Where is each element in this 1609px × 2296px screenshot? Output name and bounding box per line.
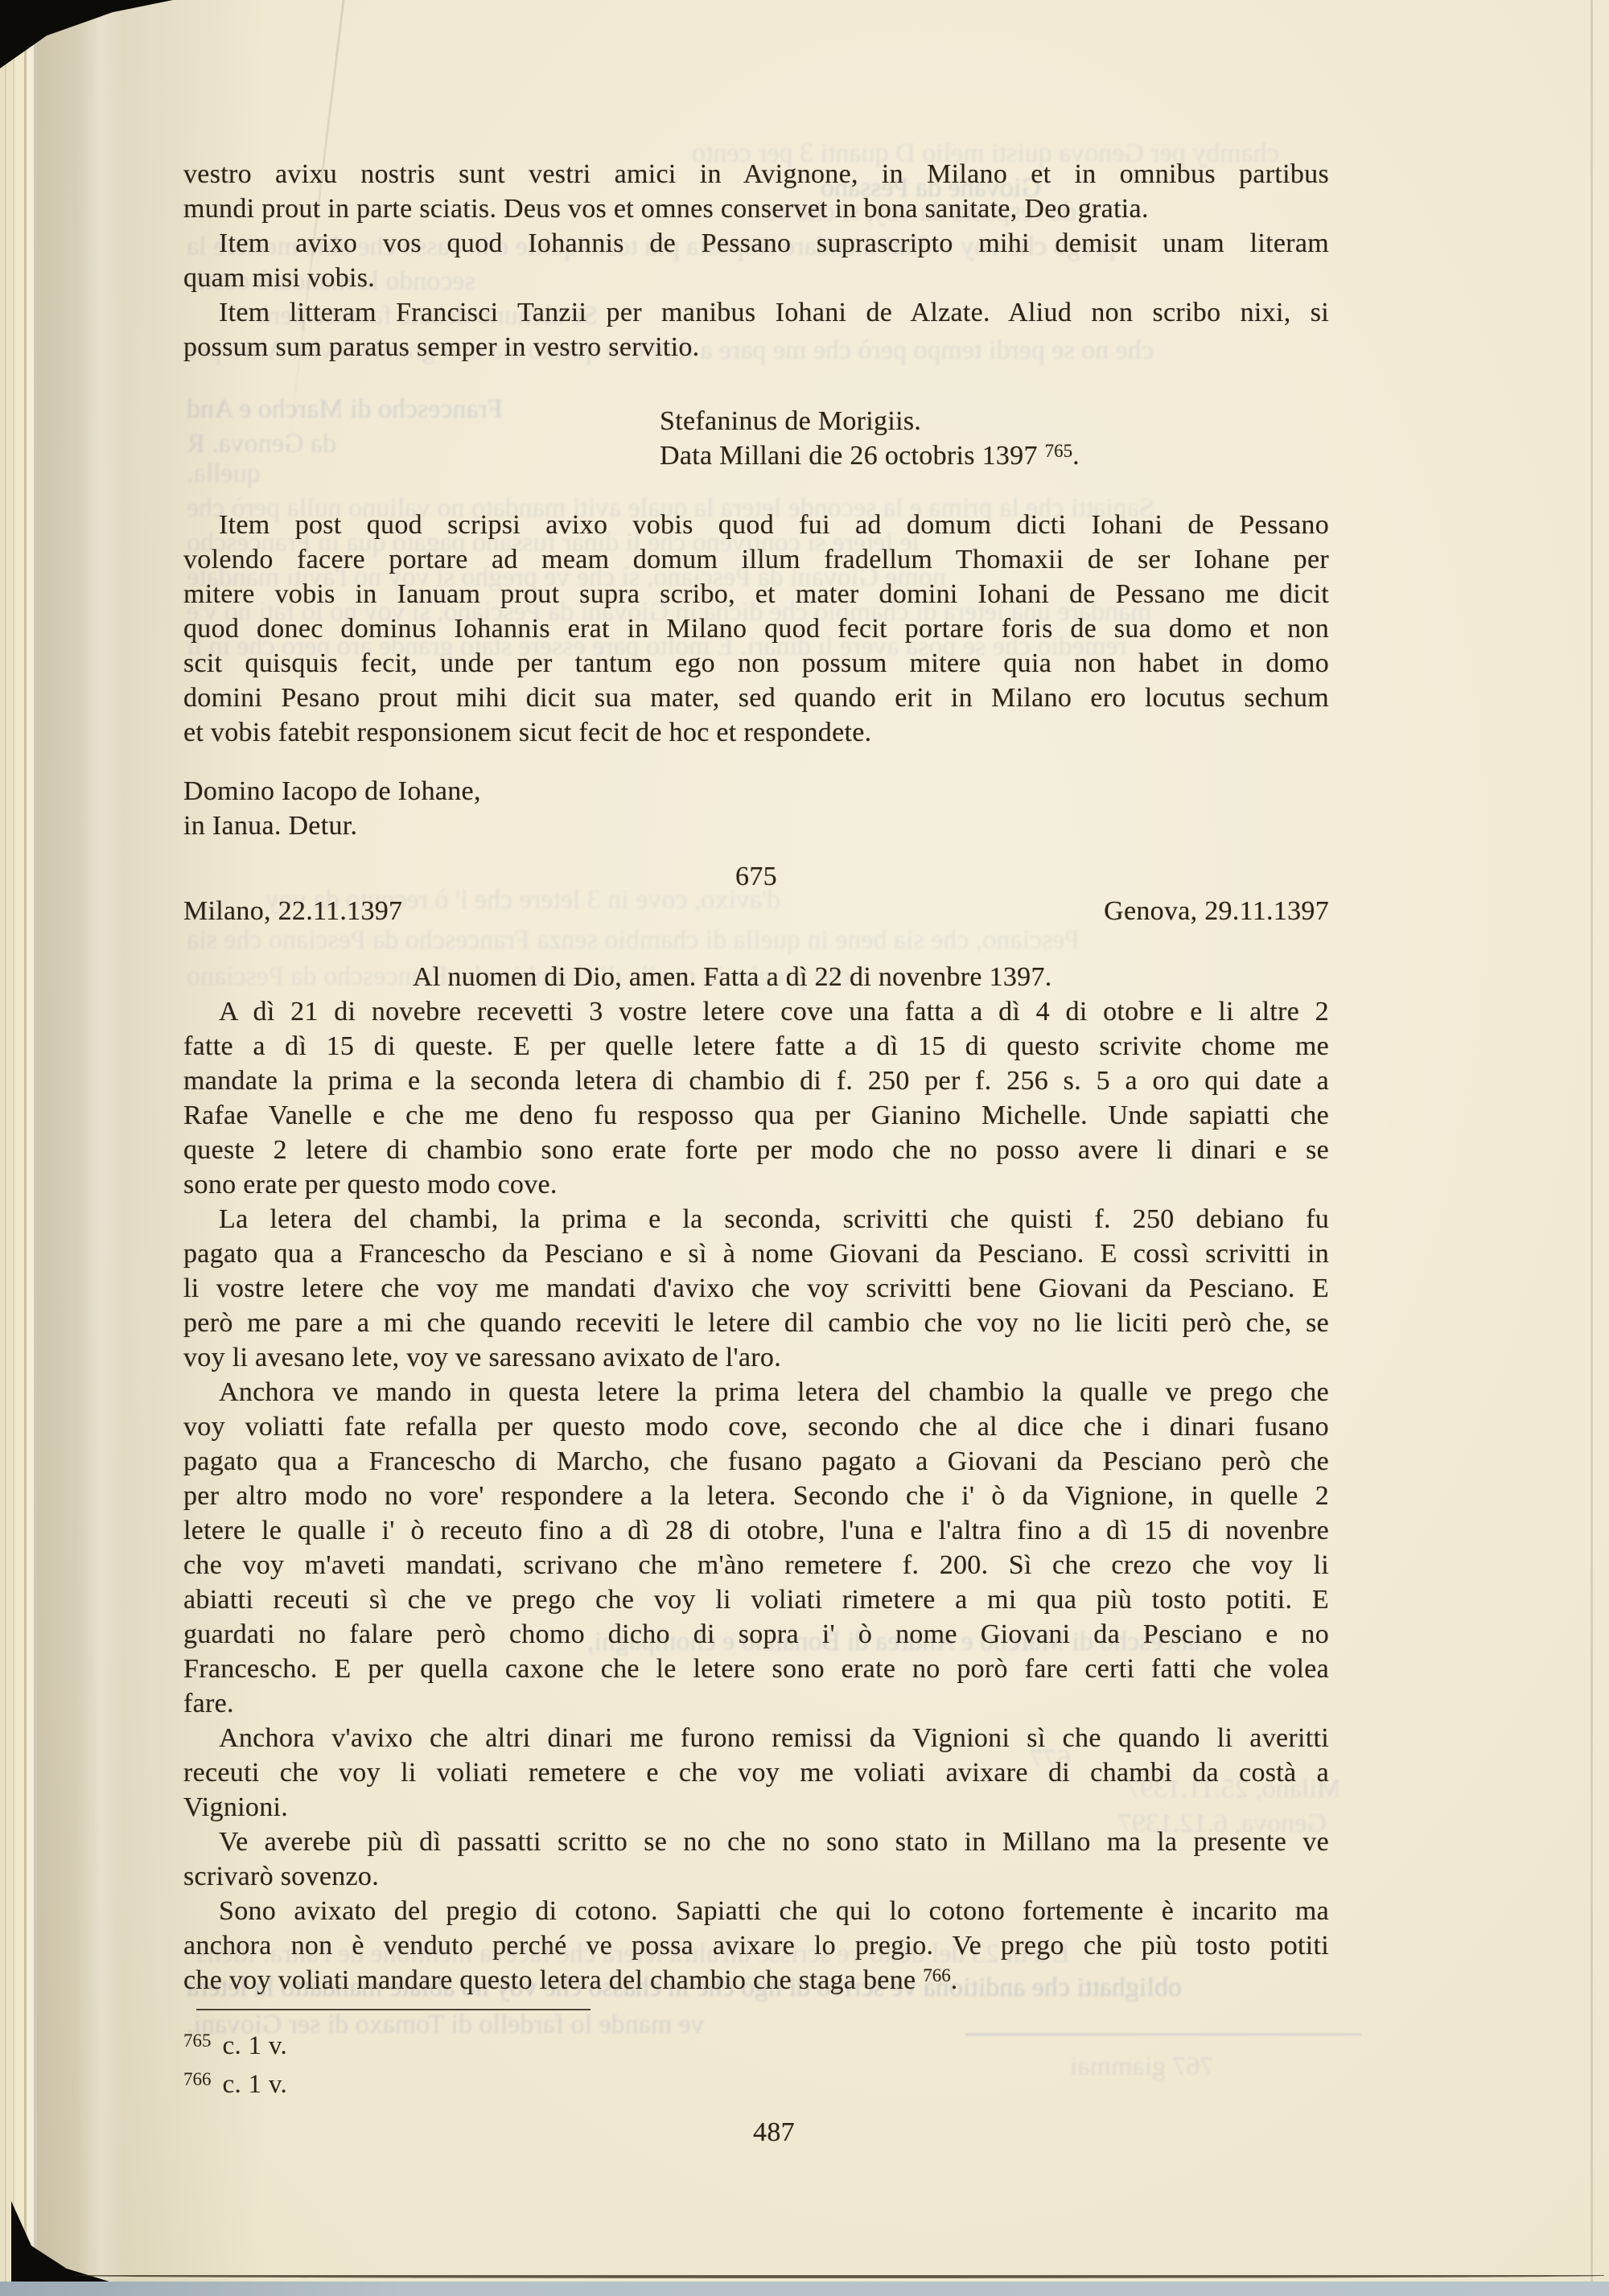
letter-paragraph-4: Anchora v'avixo che altri dinari me furo… [183, 1721, 1329, 1825]
text-line: queste 2 letere di chambio sono erate fo… [183, 1133, 1329, 1167]
footnote-reference: 765 [1045, 441, 1073, 461]
latin-paragraph-1: vestro avixu nostris sunt vestri amici i… [183, 157, 1329, 226]
text-line: Item avixo vos quod Iohannis de Pessano … [183, 226, 1329, 261]
footnotes: 765c. 1 v.766c. 1 v. [183, 2026, 1329, 2104]
text-line: guardati no falare però chomo dicho di s… [183, 1617, 1329, 1652]
right-page-edge [1590, 0, 1593, 2283]
text-line: quod donec dominus Iohannis erat in Mila… [183, 611, 1329, 646]
latin-paragraph-4: Item post quod scripsi avixo vobis quod … [183, 508, 1329, 750]
text-line: per altro modo no vore' respondere a la … [183, 1479, 1329, 1513]
text-line: Item litteram Francisci Tanzii per manib… [183, 295, 1329, 330]
text-line: che voy voliati mandare questo letera de… [183, 1963, 1329, 1998]
text-line: Domino Iacopo de Iohane, [183, 774, 1329, 809]
text-line: Item post quod scripsi avixo vobis quod … [183, 508, 1329, 542]
text-line: pagato qua a Francescho di Marcho, che f… [183, 1444, 1329, 1479]
text-line: che voy m'aveti mandati, scrivano che m'… [183, 1548, 1329, 1582]
letter-paragraph-5: Ve averebe più dì passatti scritto se no… [183, 1825, 1329, 1894]
footnote: 766c. 1 v. [183, 2065, 1329, 2104]
scanned-book-page: chamby per Genova quisti melio D quanti … [0, 0, 1609, 2296]
text-line: sono erate per questo modo cove. [183, 1167, 1329, 1202]
text-line: quam misi vobis. [183, 261, 1329, 295]
text-line: Ve averebe più dì passatti scritto se no… [183, 1825, 1329, 1859]
scanner-bed-strip [0, 2282, 1609, 2296]
text-line: pagato qua a Francescho da Pesciano e sì… [183, 1236, 1329, 1271]
text-column: vestro avixu nostris sunt vestri amici i… [183, 157, 1329, 2150]
text-line: mandate la prima e la seconda letera di … [183, 1064, 1329, 1098]
salutation-line: Al nuomen di Dio, amen. Fatta a dì 22 di… [413, 960, 1329, 994]
text-line: mitere vobis in Ianuam prout supra scrib… [183, 577, 1329, 611]
text-line: A dì 21 di novebre recevetti 3 vostre le… [183, 994, 1329, 1029]
text-line: letere le qualle i' ò receuto fino a dì … [183, 1513, 1329, 1548]
text-line: però me pare a mi che quando receviti le… [183, 1306, 1329, 1340]
text-line: vestro avixu nostris sunt vestri amici i… [183, 157, 1329, 191]
text-line: et vobis fatebit responsionem sicut feci… [183, 715, 1329, 750]
text-line: voy voliatti fate refalla per questo mod… [183, 1409, 1329, 1444]
text-line: Sono avixato del pregio di cotono. Sapia… [183, 1894, 1329, 1928]
text-line: possum sum paratus semper in vestro serv… [183, 330, 1329, 364]
book-page-edges [0, 0, 37, 2283]
latin-paragraph-3: Item litteram Francisci Tanzii per manib… [183, 295, 1329, 364]
text-line: li vostre letere che voy me mandati d'av… [183, 1271, 1329, 1306]
text-line: volendo facere portare ad meam domum ill… [183, 542, 1329, 577]
footnote-number: 765 [183, 2031, 212, 2051]
text-line: Rafae Vanelle e che me deno fu resposso … [183, 1098, 1329, 1133]
text-line: receuti che voy li voliati remetere e ch… [183, 1755, 1329, 1790]
letter-number: 675 [183, 859, 1329, 894]
text-line: La letera del chambi, la prima e la seco… [183, 1202, 1329, 1236]
text-line: Anchora v'avixo che altri dinari me furo… [183, 1721, 1329, 1755]
footnote-separator [196, 2009, 591, 2010]
footnote: 765c. 1 v. [183, 2026, 1329, 2065]
footnote-reference: 766 [923, 1965, 951, 1985]
text-line: domini Pesano prout mihi dicit sua mater… [183, 681, 1329, 715]
place-date-right: Genova, 29.11.1397 [1104, 894, 1329, 928]
text-line: in Ianua. Detur. [183, 809, 1329, 843]
text-line: Vignioni. [183, 1790, 1329, 1825]
text-line: scit quisquis fecit, unde per tantum ego… [183, 646, 1329, 681]
signature-block: Stefaninus de Morigiis.Data Millani die … [660, 404, 1329, 473]
text-line: anchora non è venduto perché ve possa av… [183, 1928, 1329, 1963]
page-number: 487 [201, 2115, 1347, 2150]
letter-paragraph-6: Sono avixato del pregio di cotono. Sapia… [183, 1894, 1329, 1998]
text-line: fatte a dì 15 di queste. E per quelle le… [183, 1029, 1329, 1064]
page-curvature-highlight [77, 0, 124, 2283]
latin-paragraph-2: Item avixo vos quod Iohannis de Pessano … [183, 226, 1329, 295]
text-line: scrivarò sovenzo. [183, 1859, 1329, 1894]
text-line: abiatti receuti sì che ve prego che voy … [183, 1582, 1329, 1617]
text-line: fare. [183, 1686, 1329, 1721]
letter-paragraph-1: A dì 21 di novebre recevetti 3 vostre le… [183, 994, 1329, 1202]
place-date-left: Milano, 22.11.1397 [183, 894, 402, 928]
text-line: Francescho. E per quella caxone che le l… [183, 1652, 1329, 1686]
text-line: mundi prout in parte sciatis. Deus vos e… [183, 191, 1329, 226]
letter-paragraph-3: Anchora ve mando in questa letere la pri… [183, 1375, 1329, 1721]
place-date-row: Milano, 22.11.1397 Genova, 29.11.1397 [183, 894, 1329, 928]
text-line: Anchora ve mando in questa letere la pri… [183, 1375, 1329, 1409]
text-line: voy li avesano lete, voy ve saressano av… [183, 1340, 1329, 1375]
text-line: Stefaninus de Morigiis. [660, 404, 1329, 438]
footnote-number: 766 [183, 2069, 212, 2089]
text-line: Data Millani die 26 octobris 1397 765. [660, 438, 1329, 473]
letter-paragraph-2: La letera del chambi, la prima e la seco… [183, 1202, 1329, 1375]
address-block: Domino Iacopo de Iohane,in Ianua. Detur. [183, 774, 1329, 843]
